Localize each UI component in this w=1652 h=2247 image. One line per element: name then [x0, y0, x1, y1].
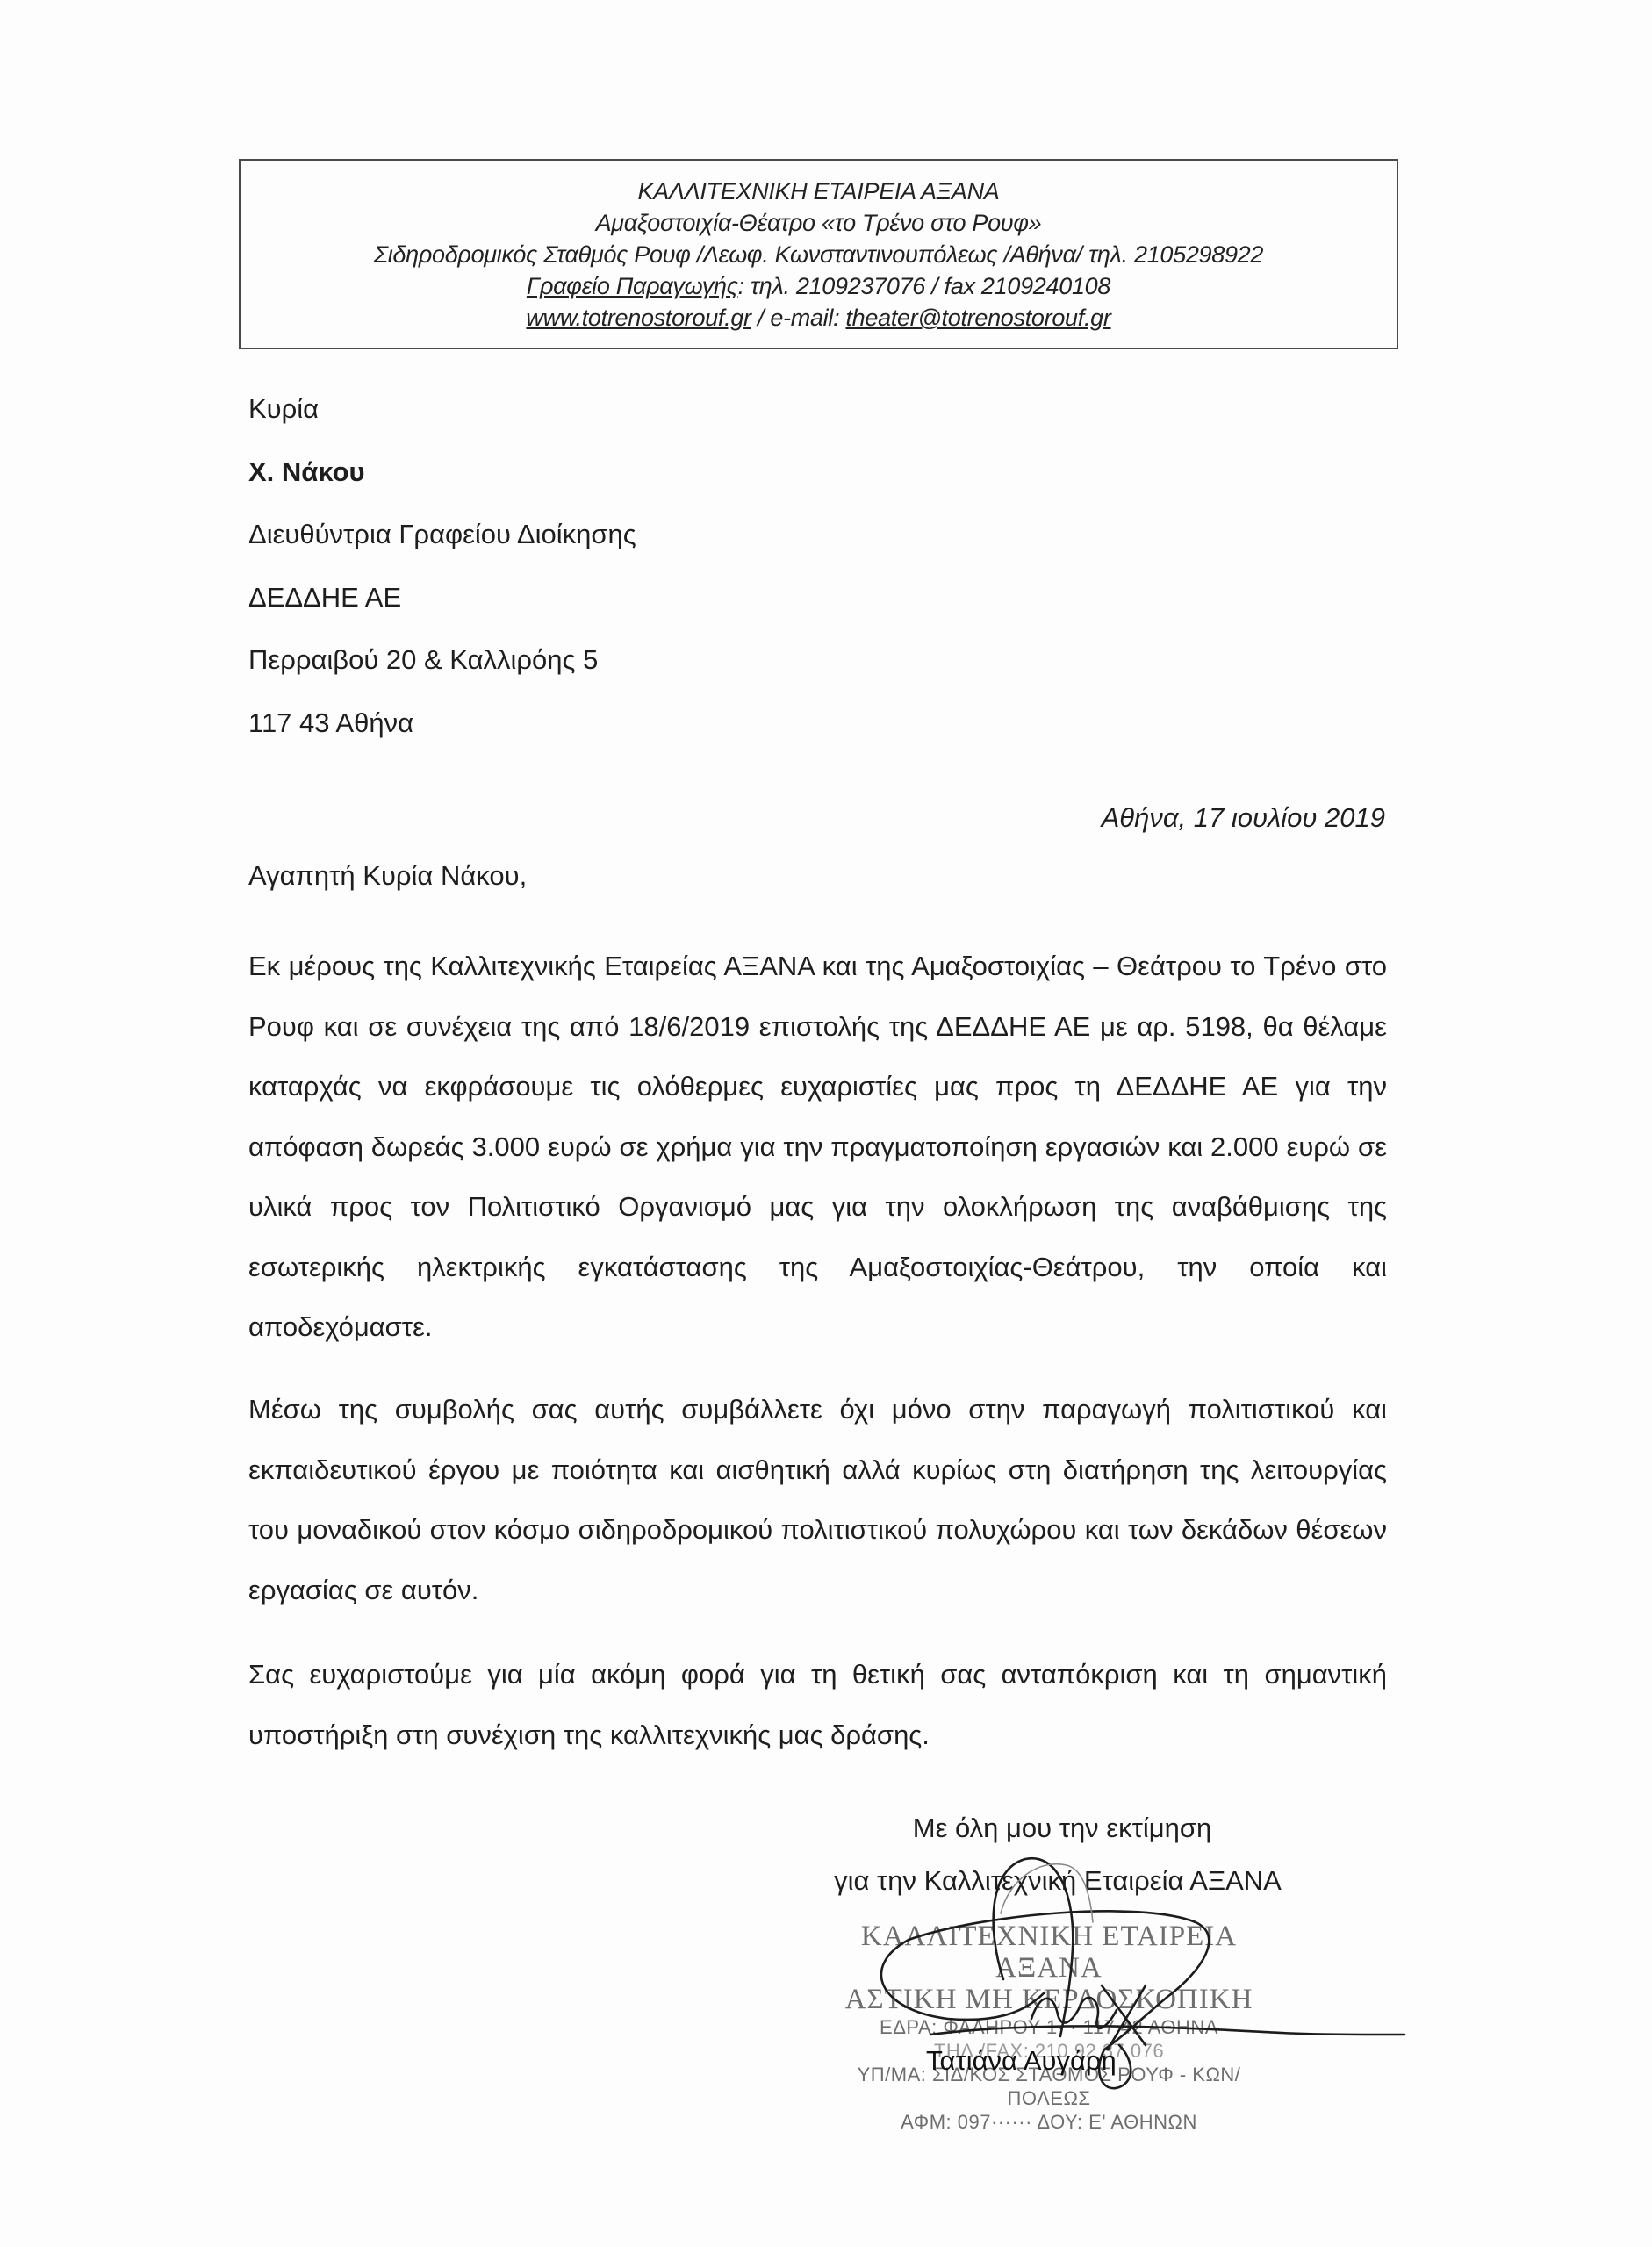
stamp-line-1: ΚΑΛΛΙΤΕΧΝΙΚΗ ΕΤΑΙΡΕΙΑ ΑΞΑΝΑ	[821, 1920, 1277, 1984]
letter-date: Αθήνα, 17 ιουλίου 2019	[1102, 802, 1385, 834]
letterhead-production-office: Γραφείο Παραγωγής: τηλ. 2109237076 / fax…	[241, 270, 1397, 302]
company-stamp: ΚΑΛΛΙΤΕΧΝΙΚΗ ΕΤΑΙΡΕΙΑ ΑΞΑΝΑ ΑΣΤΙΚΗ ΜΗ ΚΕ…	[821, 1920, 1277, 2134]
recipient-block: Κυρία Χ. Νάκου Διευθύντρια Γραφείου Διοί…	[248, 377, 636, 754]
letterhead-web-email: www.totrenostorouf.gr / e-mail: theater@…	[241, 302, 1397, 334]
email-link[interactable]: theater@totrenostorouf.gr	[845, 305, 1110, 331]
recipient-street: Περραιβού 20 & Καλλιρόης 5	[248, 628, 636, 692]
recipient-title: Κυρία	[248, 377, 636, 441]
salutation: Αγαπητή Κυρία Νάκου,	[248, 860, 527, 892]
letterhead-box: ΚΑΛΛΙΤΕΧΝΙΚΗ ΕΤΑΙΡΕΙΑ ΑΞΑΝΑ Αμαξοστοιχία…	[239, 159, 1398, 349]
email-separator: / e-mail:	[751, 305, 846, 331]
signer-name: Τατιάνα Αυγάρη	[926, 2045, 1117, 2077]
letter-page: ΚΑΛΛΙΤΕΧΝΙΚΗ ΕΤΑΙΡΕΙΑ ΑΞΑΝΑ Αμαξοστοιχία…	[0, 0, 1652, 2247]
stamp-line-3: ΕΔΡΑ: ΦΑΛΗΡΟΥ 1· · 117 42 ΑΘΗΝΑ	[821, 2015, 1277, 2039]
stamp-line-6: ΑΦΜ: 097······ ΔΟΥ: Ε' ΑΘΗΝΩΝ	[821, 2110, 1277, 2134]
production-office-contact: : τηλ. 2109237076 / fax 2109240108	[738, 273, 1111, 299]
paragraph-2: Μέσω της συμβολής σας αυτής συμβάλλετε ό…	[248, 1380, 1387, 1620]
website-link[interactable]: www.totrenostorouf.gr	[526, 305, 751, 331]
letterhead-subtitle: Αμαξοστοιχία-Θέατρο «το Τρένο στο Ρουφ»	[241, 207, 1397, 239]
stamp-line-2: ΑΣΤΙΚΗ ΜΗ ΚΕΡΔΟΣΚΟΠΙΚΗ	[821, 1984, 1277, 2015]
recipient-name: Χ. Νάκου	[248, 441, 636, 504]
closing-line-1: Με όλη μου την εκτίμηση	[843, 1813, 1282, 1844]
recipient-position: Διευθύντρια Γραφείου Διοίκησης	[248, 503, 636, 566]
letterhead-org-name: ΚΑΛΛΙΤΕΧΝΙΚΗ ΕΤΑΙΡΕΙΑ ΑΞΑΝΑ	[241, 176, 1397, 207]
recipient-company: ΔΕΔΔΗΕ ΑΕ	[248, 566, 636, 629]
recipient-city: 117 43 Αθήνα	[248, 692, 636, 755]
production-office-label: Γραφείο Παραγωγής	[527, 273, 738, 299]
paragraph-1: Εκ μέρους της Καλλιτεχνικής Εταιρείας ΑΞ…	[248, 937, 1387, 1358]
letterhead-address: Σιδηροδρομικός Σταθμός Ρουφ /Λεωφ. Κωνστ…	[241, 239, 1397, 270]
closing-line-2: για την Καλλιτεχνική Εταιρεία ΑΞΑΝΑ	[794, 1865, 1321, 1897]
paragraph-3: Σας ευχαριστούμε για μία ακόμη φορά για …	[248, 1645, 1387, 1765]
